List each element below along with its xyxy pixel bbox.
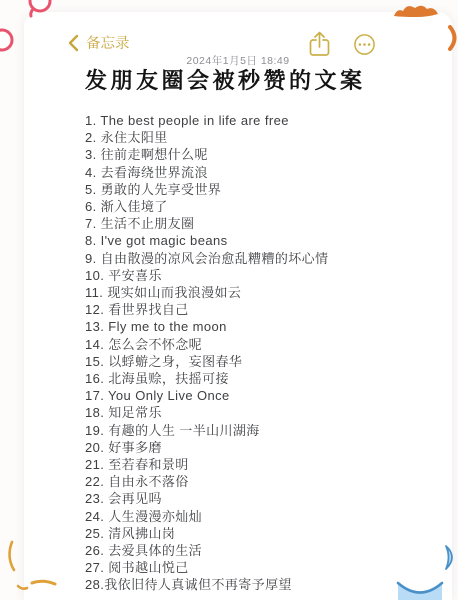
note-line: 15. 以蜉蝣之身，妄图春华: [85, 353, 432, 370]
note-line: 22. 自由永不落俗: [85, 473, 432, 490]
note-line: 27. 阅书越山悦己: [85, 559, 432, 576]
pink-balloon-left-doodle: [0, 27, 19, 61]
note-line: 28.我依旧待人真诚但不再寄予厚望: [85, 576, 432, 593]
note-line: 5. 勇敢的人先享受世界: [85, 181, 432, 198]
note-line: 6. 渐入佳境了: [85, 198, 432, 215]
note-line: 8. I've got magic beans: [85, 232, 432, 249]
note-line: 10. 平安喜乐: [85, 267, 432, 284]
chevron-left-icon: [68, 34, 79, 52]
note-line: 19. 有趣的人生 一半山川湖海: [85, 422, 432, 439]
note-line: 4. 去看海绕世界流浪: [85, 164, 432, 181]
back-button-label: 备忘录: [86, 32, 130, 53]
note-line: 13. Fly me to the moon: [85, 318, 432, 335]
orange-cloud-doodle: [392, 3, 440, 18]
note-line: 1. The best people in life are free: [85, 112, 432, 129]
note-line: 2. 永住太阳里: [85, 129, 432, 146]
note-line: 16. 北海虽赊，扶摇可接: [85, 370, 432, 387]
note-line: 9. 自由散漫的凉风会治愈乱糟糟的坏心情: [85, 250, 432, 267]
gold-sparkle-doodle: [6, 540, 62, 594]
note-line: 3. 往前走啊想什么呢: [85, 146, 432, 163]
note-line: 21. 至若春和景明: [85, 456, 432, 473]
note-line: 26. 去爱具体的生活: [85, 542, 432, 559]
note-card: 备忘录 2024年1月5日 18:49: [24, 12, 452, 600]
note-content[interactable]: 1. The best people in life are free2. 永住…: [85, 112, 432, 594]
pink-balloon-top-doodle: [24, 0, 58, 19]
notes-app-screen: 备忘录 2024年1月5日 18:49: [0, 0, 458, 600]
note-line: 12. 看世界找自己: [85, 301, 432, 318]
note-line: 7. 生活不止朋友圈: [85, 215, 432, 232]
note-line: 23. 会再见吗: [85, 490, 432, 507]
note-line: 25. 清风拂山岗: [85, 525, 432, 542]
note-line: 18. 知足常乐: [85, 404, 432, 421]
note-line: 24. 人生漫漫亦灿灿: [85, 508, 432, 525]
note-line: 20. 好事多磨: [85, 439, 432, 456]
note-line: 17. You Only Live Once: [85, 387, 432, 404]
note-line: 14. 怎么会不怀念呢: [85, 336, 432, 353]
back-button[interactable]: 备忘录: [68, 32, 130, 53]
note-line: 11. 现实如山而我浪漫如云: [85, 284, 432, 301]
blue-crescent-doodle: [444, 544, 458, 571]
blue-wave-doodle: [396, 580, 444, 600]
orange-crescent-doodle: [448, 25, 458, 51]
note-title: 发朋友圈会被秒赞的文案: [85, 64, 366, 95]
